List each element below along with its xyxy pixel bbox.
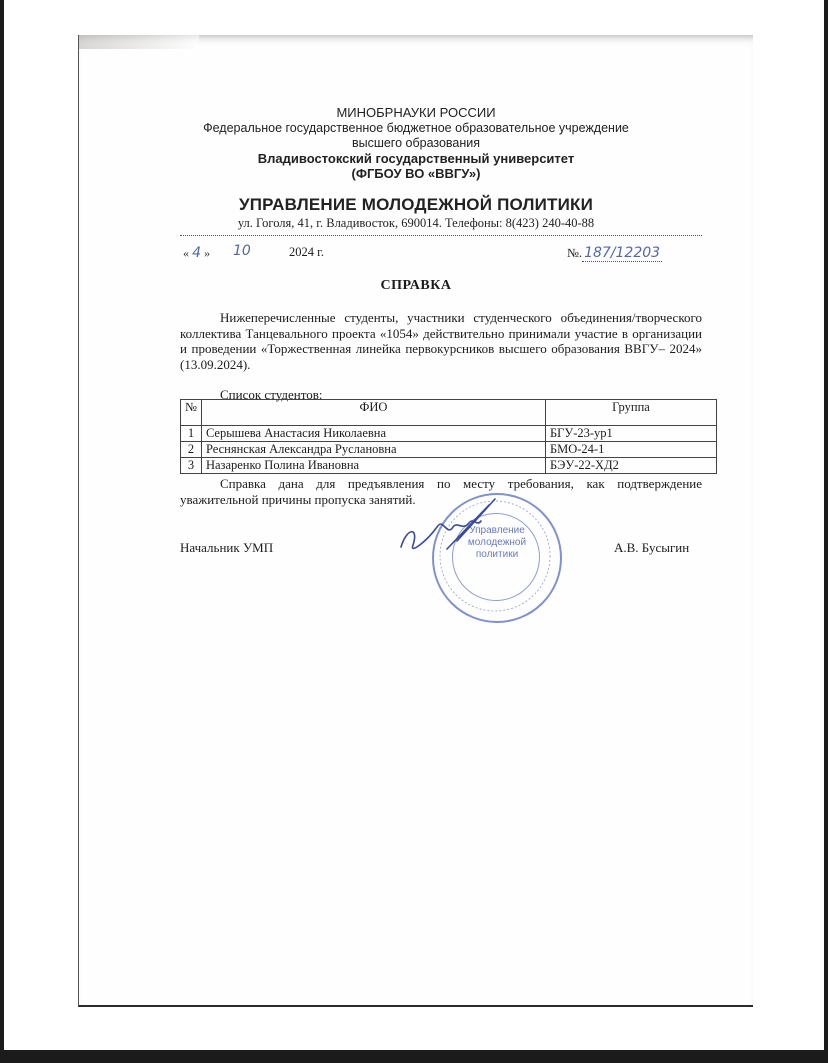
row-name: Реснянская Александра Руслановна bbox=[201, 442, 545, 458]
department-address: ул. Гоголя, 41, г. Владивосток, 690014. … bbox=[79, 216, 753, 231]
date-year: 2024 г. bbox=[289, 245, 324, 260]
row-group: БМО-24-1 bbox=[545, 442, 716, 458]
header-number: № bbox=[181, 400, 202, 426]
document-number-label: №. bbox=[567, 246, 582, 260]
table-header-row: № ФИО Группа bbox=[181, 400, 717, 426]
row-name: Серышева Анастасия Николаевна bbox=[201, 426, 545, 442]
header-name: ФИО bbox=[201, 400, 545, 426]
document-page: МИНОБРНАУКИ РОССИИ Федеральное государст… bbox=[78, 35, 753, 1007]
row-name: Назаренко Полина Ивановна bbox=[201, 458, 545, 474]
ministry-name: МИНОБРНАУКИ РОССИИ bbox=[79, 105, 753, 120]
document-number: №.187/12203 bbox=[567, 245, 662, 261]
row-number: 3 bbox=[181, 458, 202, 474]
row-group: БЭУ-22-ХД2 bbox=[545, 458, 716, 474]
body-paragraph: Нижеперечисленные студенты, участники ст… bbox=[180, 310, 702, 372]
table-row: 1 Серышева Анастасия Николаевна БГУ-23-у… bbox=[181, 426, 717, 442]
university-abbreviation: (ФГБОУ ВО «ВВГУ») bbox=[79, 166, 753, 181]
date-month: 10 bbox=[233, 243, 251, 259]
row-group: БГУ-23-ур1 bbox=[545, 426, 716, 442]
row-number: 1 bbox=[181, 426, 202, 442]
handwritten-signature-icon bbox=[397, 497, 507, 559]
department-name: УПРАВЛЕНИЕ МОЛОДЕЖНОЙ ПОЛИТИКИ bbox=[79, 195, 753, 215]
header-group: Группа bbox=[545, 400, 716, 426]
institution-type-line1: Федеральное государственное бюджетное об… bbox=[79, 121, 753, 135]
screen-frame-left bbox=[0, 0, 4, 1063]
signatory-name: А.В. Бусыгин bbox=[614, 540, 689, 556]
table-row: 3 Назаренко Полина Ивановна БЭУ-22-ХД2 bbox=[181, 458, 717, 474]
university-name: Владивостокский государственный универси… bbox=[79, 151, 753, 166]
row-number: 2 bbox=[181, 442, 202, 458]
document-number-value: 187/12203 bbox=[582, 245, 662, 262]
table-row: 2 Реснянская Александра Руслановна БМО-2… bbox=[181, 442, 717, 458]
screen-frame-bottom bbox=[0, 1050, 828, 1063]
screen-frame-right bbox=[824, 0, 828, 1063]
date-day-value: 4 bbox=[192, 245, 201, 261]
document-title: СПРАВКА bbox=[79, 278, 753, 294]
students-table: № ФИО Группа 1 Серышева Анастасия Никола… bbox=[180, 399, 717, 474]
institution-type-line2: высшего образования bbox=[79, 136, 753, 150]
header-divider bbox=[180, 235, 702, 236]
page-shadow bbox=[79, 35, 199, 49]
signatory-role: Начальник УМП bbox=[180, 540, 273, 556]
